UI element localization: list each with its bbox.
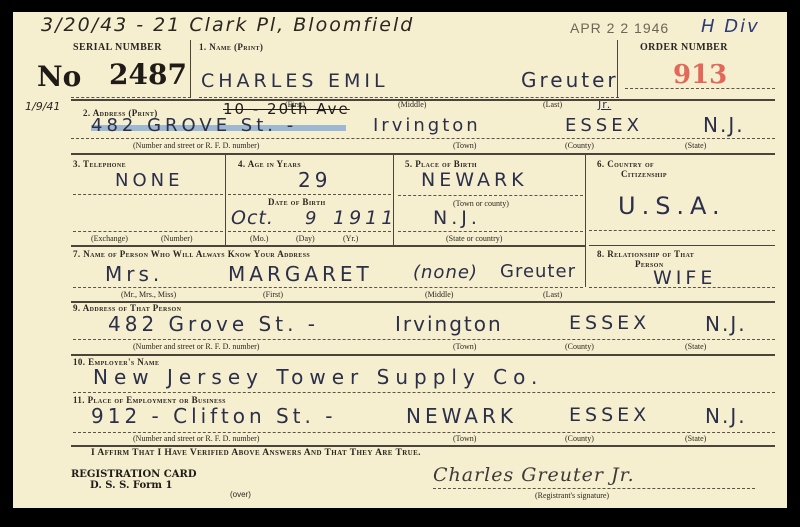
sub-day: (Day) [296, 234, 315, 243]
sub-yr: (Yr.) [343, 234, 358, 243]
divider [190, 40, 191, 98]
sub-exchange: (Exchange) [91, 234, 128, 243]
relationship-underline [589, 287, 775, 288]
address-state: N.J. [703, 113, 745, 137]
dob-label: Date of Birth [268, 197, 326, 207]
sub-town: (Town) [453, 141, 476, 150]
order-number-label: ORDER NUMBER [640, 42, 728, 53]
sub-mo: (Mo.) [250, 234, 268, 243]
citizenship-value: U.S.A. [618, 192, 726, 220]
form-number: D. S. S. Form 1 [90, 480, 172, 491]
name-underline [199, 97, 619, 98]
dob-month: Oct. [231, 207, 274, 229]
serial-prefix: No [37, 60, 81, 93]
employment-street: 912 - Clifton St. - [91, 404, 336, 428]
order-number-value: 913 [673, 60, 727, 90]
address-underline [71, 138, 775, 139]
birthplace-state: N.J. [433, 207, 481, 229]
sub-state: (State) [685, 141, 706, 150]
over-note: (over) [230, 490, 251, 499]
citizenship-label-2: Citizenship [621, 169, 667, 179]
divider [617, 40, 618, 98]
section-rule [71, 445, 775, 447]
address-town: Irvington [373, 115, 481, 136]
sub-county: (County) [565, 141, 594, 150]
contact-address-street: 482 Grove St. - [108, 312, 319, 336]
registration-card-title: REGISTRATION CARD [71, 469, 197, 480]
age-underline [228, 194, 391, 195]
divider [225, 155, 226, 245]
contact-title: Mrs. [105, 262, 163, 286]
contact-underline [73, 287, 583, 288]
section-rule [71, 354, 775, 356]
section-rule [71, 153, 775, 155]
dob-day: 9 [305, 208, 320, 229]
sub-title: (Mr., Mrs., Miss) [121, 290, 176, 299]
telephone-value: NONE [115, 170, 183, 191]
employment-state: N.J. [705, 404, 747, 428]
address-county: ESSEX [565, 115, 643, 136]
age-value: 29 [298, 168, 331, 192]
sub-state: (State) [685, 342, 706, 351]
sub-town: (Town) [453, 434, 476, 443]
age-label: 4. Age in Years [238, 159, 301, 169]
employment-county: Essex [569, 404, 650, 426]
divider [585, 155, 586, 287]
dob-underline [228, 231, 391, 232]
section-rule [71, 245, 585, 247]
serial-underline [71, 97, 191, 98]
name-first: CHARLES [201, 70, 317, 92]
relationship-label-1: 8. Relationship of That [597, 249, 694, 259]
dob-year: 1911 [333, 207, 397, 229]
section-rule [589, 245, 775, 246]
divider [393, 155, 394, 245]
birthplace-town-underline [398, 195, 583, 196]
relationship-value: Wife [653, 267, 716, 289]
contact-person-label: 7. Name of Person Who Will Always Know Y… [73, 249, 310, 259]
sub-first: (First) [263, 290, 283, 299]
employment-town: Newark [406, 404, 517, 428]
sub-state: (State) [685, 434, 706, 443]
telephone-underline [73, 194, 223, 195]
contact-middle: (none) [413, 262, 478, 283]
sub-middle: (Middle) [398, 100, 426, 109]
name-middle: EMIL [328, 70, 389, 92]
received-date-stamp: APR 2 2 1946 [570, 20, 669, 36]
sub-street: (Number and street or R. F. D. number) [133, 434, 259, 443]
sub-county: (County) [565, 434, 594, 443]
employer-value: New Jersey Tower Supply Co. [93, 365, 543, 389]
signature-underline [433, 488, 755, 489]
address-street: 482 GROVE St. - [91, 115, 297, 136]
contact-address-state: N.J. [705, 312, 747, 336]
contact-address-town: Irvington [395, 312, 503, 336]
sub-last: (Last) [543, 100, 562, 109]
birthplace-state-underline [398, 231, 583, 232]
telephone-label: 3. Telephone [73, 159, 126, 169]
name-label: 1. Name (Print) [199, 42, 263, 52]
serial-number-label: SERIAL NUMBER [73, 42, 162, 53]
sub-last: (Last) [543, 290, 562, 299]
name-last: Greuter [521, 68, 619, 92]
employer-underline [73, 392, 775, 393]
contact-first: MARGARET [228, 262, 373, 286]
sub-number: (Number) [161, 234, 193, 243]
serial-number-value: 2487 [109, 58, 187, 91]
registrant-signature: Charles Greuter Jr. [433, 464, 635, 486]
sub-town: (Town) [453, 342, 476, 351]
top-right-note: H Div [701, 16, 760, 37]
sub-street: (Number and street or R. F. D. number) [133, 141, 259, 150]
sub-street: (Number and street or R. F. D. number) [133, 342, 259, 351]
citizenship-label-1: 6. Country of [597, 159, 654, 169]
top-handwritten-note: 3/20/43 - 21 Clark Pl, Bloomfield [41, 14, 414, 36]
contact-address-county: Essex [569, 312, 650, 334]
employment-underline [73, 432, 775, 433]
contact-address-underline [73, 339, 775, 340]
birthplace-town: NEWARK [421, 169, 528, 191]
signature-label: (Registrant's signature) [535, 491, 609, 500]
sub-county: (County) [565, 342, 594, 351]
contact-last: Greuter [500, 261, 576, 282]
affirmation-text: I Affirm That I Have Verified Above Answ… [91, 448, 421, 458]
order-underline [625, 88, 775, 89]
birthplace-label: 5. Place of Birth [405, 159, 477, 169]
left-margin-note: 1/9/41 [25, 100, 60, 113]
section-rule [71, 99, 775, 101]
citizenship-underline [589, 230, 775, 231]
telephone-underline-2 [73, 231, 223, 232]
sub-middle: (Middle) [425, 290, 453, 299]
sub-state-country: (State or country) [446, 234, 502, 243]
registration-card: 3/20/43 - 21 Clark Pl, Bloomfield APR 2 … [13, 12, 787, 508]
